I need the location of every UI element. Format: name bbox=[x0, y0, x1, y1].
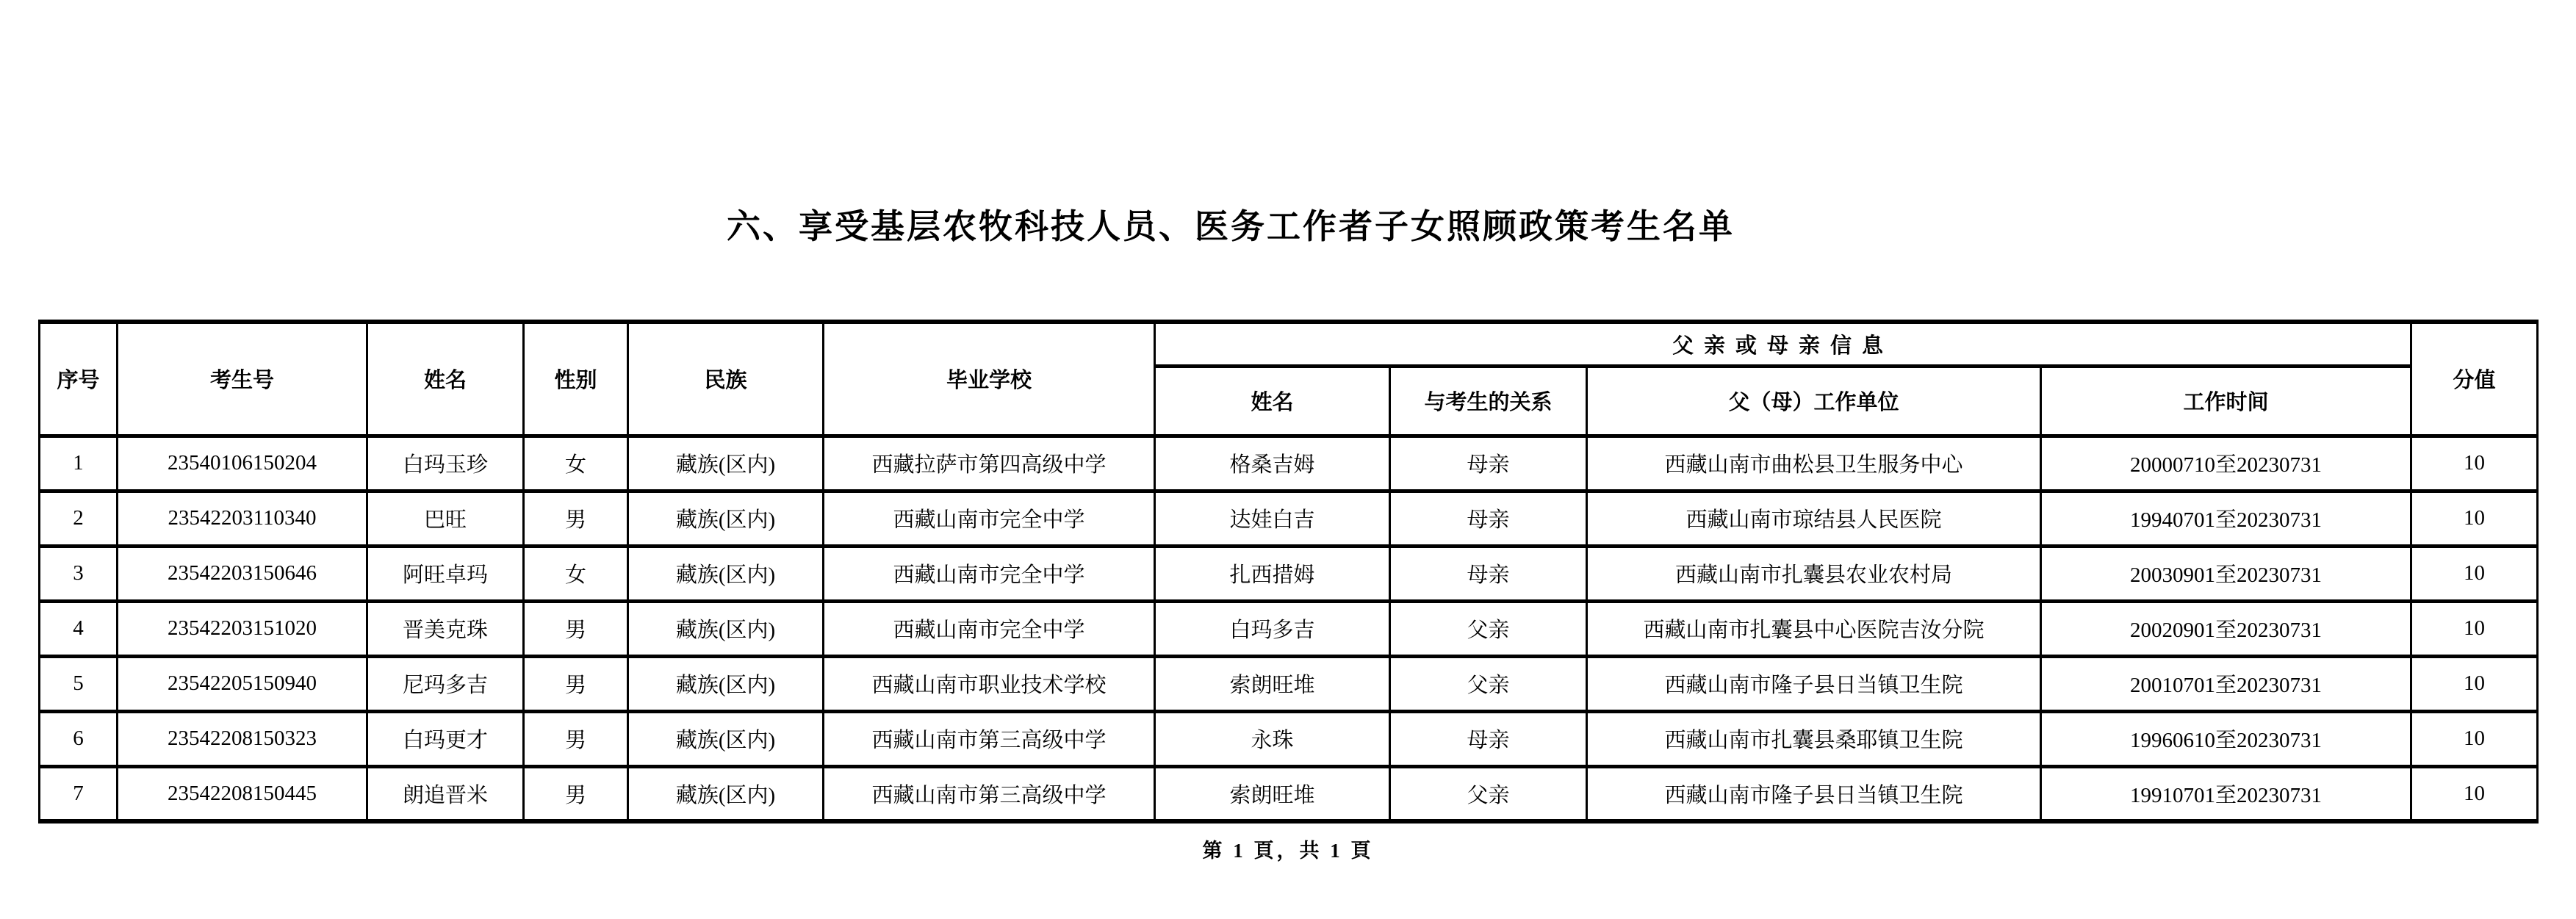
cell-school: 西藏山南市第三高级中学 bbox=[824, 766, 1155, 821]
page-title-row: 六、享受基层农牧科技人员、医务工作者子女照顾政策考生名单 bbox=[0, 200, 2576, 248]
header-work-unit: 父（母）工作单位 bbox=[1587, 366, 2041, 436]
cell-index: 5 bbox=[40, 656, 118, 711]
document-page: 六、享受基层农牧科技人员、医务工作者子女照顾政策考生名单 序号 考生号 姓名 性… bbox=[0, 0, 2576, 919]
cell-name: 晋美克珠 bbox=[367, 601, 524, 656]
cell-work-unit: 西藏山南市扎囊县中心医院吉汝分院 bbox=[1587, 601, 2041, 656]
cell-ethnicity: 藏族(区内) bbox=[628, 656, 824, 711]
cell-school: 西藏山南市完全中学 bbox=[824, 601, 1155, 656]
cell-score: 10 bbox=[2411, 436, 2538, 491]
table-row: 423542203151020晋美克珠男藏族(区内)西藏山南市完全中学白玛多吉父… bbox=[40, 601, 2538, 656]
cell-score: 10 bbox=[2411, 546, 2538, 601]
cell-ethnicity: 藏族(区内) bbox=[628, 601, 824, 656]
header-parent-name: 姓名 bbox=[1155, 366, 1390, 436]
cell-gender: 男 bbox=[524, 601, 628, 656]
cell-gender: 男 bbox=[524, 711, 628, 766]
cell-work-unit: 西藏山南市扎囊县桑耶镇卫生院 bbox=[1587, 711, 2041, 766]
cell-parent-name: 索朗旺堆 bbox=[1155, 656, 1390, 711]
cell-index: 2 bbox=[40, 491, 118, 546]
cell-parent-name: 格桑吉姆 bbox=[1155, 436, 1390, 491]
cell-name: 巴旺 bbox=[367, 491, 524, 546]
cell-index: 1 bbox=[40, 436, 118, 491]
cell-candidate-no: 23542208150445 bbox=[118, 766, 367, 821]
table-row: 723542208150445朗追晋米男藏族(区内)西藏山南市第三高级中学索朗旺… bbox=[40, 766, 2538, 821]
cell-work-period: 20030901至20230731 bbox=[2041, 546, 2411, 601]
cell-parent-name: 索朗旺堆 bbox=[1155, 766, 1390, 821]
cell-candidate-no: 23542205150940 bbox=[118, 656, 367, 711]
header-name: 姓名 bbox=[367, 322, 524, 436]
cell-parent-name: 扎西措姆 bbox=[1155, 546, 1390, 601]
header-relationship: 与考生的关系 bbox=[1390, 366, 1587, 436]
cell-name: 阿旺卓玛 bbox=[367, 546, 524, 601]
cell-work-period: 20000710至20230731 bbox=[2041, 436, 2411, 491]
cell-index: 4 bbox=[40, 601, 118, 656]
cell-index: 3 bbox=[40, 546, 118, 601]
table-body: 123540106150204白玛玉珍女藏族(区内)西藏拉萨市第四高级中学格桑吉… bbox=[40, 436, 2538, 821]
cell-school: 西藏山南市完全中学 bbox=[824, 491, 1155, 546]
cell-gender: 男 bbox=[524, 766, 628, 821]
cell-relationship: 母亲 bbox=[1390, 711, 1587, 766]
header-index: 序号 bbox=[40, 322, 118, 436]
cell-work-period: 19910701至20230731 bbox=[2041, 766, 2411, 821]
header-parent-group: 父亲或母亲信息 bbox=[1155, 322, 2411, 366]
cell-candidate-no: 23540106150204 bbox=[118, 436, 367, 491]
cell-school: 西藏拉萨市第四高级中学 bbox=[824, 436, 1155, 491]
cell-work-period: 20010701至20230731 bbox=[2041, 656, 2411, 711]
header-row-top: 序号 考生号 姓名 性别 民族 毕业学校 父亲或母亲信息 分值 bbox=[40, 322, 2538, 366]
table-row: 623542208150323白玛更才男藏族(区内)西藏山南市第三高级中学永珠母… bbox=[40, 711, 2538, 766]
cell-score: 10 bbox=[2411, 491, 2538, 546]
header-work-period: 工作时间 bbox=[2041, 366, 2411, 436]
cell-ethnicity: 藏族(区内) bbox=[628, 766, 824, 821]
header-gender: 性别 bbox=[524, 322, 628, 436]
cell-school: 西藏山南市完全中学 bbox=[824, 546, 1155, 601]
cell-ethnicity: 藏族(区内) bbox=[628, 711, 824, 766]
cell-name: 朗追晋米 bbox=[367, 766, 524, 821]
cell-work-period: 19960610至20230731 bbox=[2041, 711, 2411, 766]
page-footer-row: 第 1 頁，共 1 頁 bbox=[0, 835, 2576, 863]
cell-parent-name: 永珠 bbox=[1155, 711, 1390, 766]
cell-work-unit: 西藏山南市曲松县卫生服务中心 bbox=[1587, 436, 2041, 491]
table-row: 523542205150940尼玛多吉男藏族(区内)西藏山南市职业技术学校索朗旺… bbox=[40, 656, 2538, 711]
cell-work-period: 19940701至20230731 bbox=[2041, 491, 2411, 546]
cell-gender: 男 bbox=[524, 656, 628, 711]
cell-relationship: 母亲 bbox=[1390, 491, 1587, 546]
cell-candidate-no: 23542208150323 bbox=[118, 711, 367, 766]
table-row: 123540106150204白玛玉珍女藏族(区内)西藏拉萨市第四高级中学格桑吉… bbox=[40, 436, 2538, 491]
cell-work-unit: 西藏山南市扎囊县农业农村局 bbox=[1587, 546, 2041, 601]
cell-work-unit: 西藏山南市琼结县人民医院 bbox=[1587, 491, 2041, 546]
candidates-table: 序号 考生号 姓名 性别 民族 毕业学校 父亲或母亲信息 分值 姓名 与考生的关… bbox=[38, 320, 2539, 824]
cell-school: 西藏山南市第三高级中学 bbox=[824, 711, 1155, 766]
table-header: 序号 考生号 姓名 性别 民族 毕业学校 父亲或母亲信息 分值 姓名 与考生的关… bbox=[40, 322, 2538, 436]
header-candidate-no: 考生号 bbox=[118, 322, 367, 436]
header-score: 分值 bbox=[2411, 322, 2538, 436]
cell-ethnicity: 藏族(区内) bbox=[628, 546, 824, 601]
cell-name: 尼玛多吉 bbox=[367, 656, 524, 711]
cell-ethnicity: 藏族(区内) bbox=[628, 436, 824, 491]
cell-relationship: 父亲 bbox=[1390, 766, 1587, 821]
cell-name: 白玛更才 bbox=[367, 711, 524, 766]
table-row: 323542203150646阿旺卓玛女藏族(区内)西藏山南市完全中学扎西措姆母… bbox=[40, 546, 2538, 601]
page-number: 第 1 頁，共 1 頁 bbox=[1203, 835, 1374, 863]
header-ethnicity: 民族 bbox=[628, 322, 824, 436]
cell-index: 7 bbox=[40, 766, 118, 821]
cell-relationship: 父亲 bbox=[1390, 601, 1587, 656]
cell-relationship: 母亲 bbox=[1390, 546, 1587, 601]
cell-relationship: 父亲 bbox=[1390, 656, 1587, 711]
cell-score: 10 bbox=[2411, 601, 2538, 656]
cell-school: 西藏山南市职业技术学校 bbox=[824, 656, 1155, 711]
cell-gender: 男 bbox=[524, 491, 628, 546]
cell-candidate-no: 23542203150646 bbox=[118, 546, 367, 601]
cell-candidate-no: 23542203151020 bbox=[118, 601, 367, 656]
cell-gender: 女 bbox=[524, 436, 628, 491]
cell-work-period: 20020901至20230731 bbox=[2041, 601, 2411, 656]
cell-score: 10 bbox=[2411, 711, 2538, 766]
table-row: 223542203110340巴旺男藏族(区内)西藏山南市完全中学达娃白吉母亲西… bbox=[40, 491, 2538, 546]
cell-candidate-no: 23542203110340 bbox=[118, 491, 367, 546]
cell-ethnicity: 藏族(区内) bbox=[628, 491, 824, 546]
cell-name: 白玛玉珍 bbox=[367, 436, 524, 491]
cell-parent-name: 白玛多吉 bbox=[1155, 601, 1390, 656]
cell-score: 10 bbox=[2411, 766, 2538, 821]
cell-gender: 女 bbox=[524, 546, 628, 601]
cell-relationship: 母亲 bbox=[1390, 436, 1587, 491]
cell-score: 10 bbox=[2411, 656, 2538, 711]
header-school: 毕业学校 bbox=[824, 322, 1155, 436]
cell-index: 6 bbox=[40, 711, 118, 766]
page-title: 六、享受基层农牧科技人员、医务工作者子女照顾政策考生名单 bbox=[727, 200, 1735, 248]
cell-work-unit: 西藏山南市隆子县日当镇卫生院 bbox=[1587, 656, 2041, 711]
cell-parent-name: 达娃白吉 bbox=[1155, 491, 1390, 546]
cell-work-unit: 西藏山南市隆子县日当镇卫生院 bbox=[1587, 766, 2041, 821]
